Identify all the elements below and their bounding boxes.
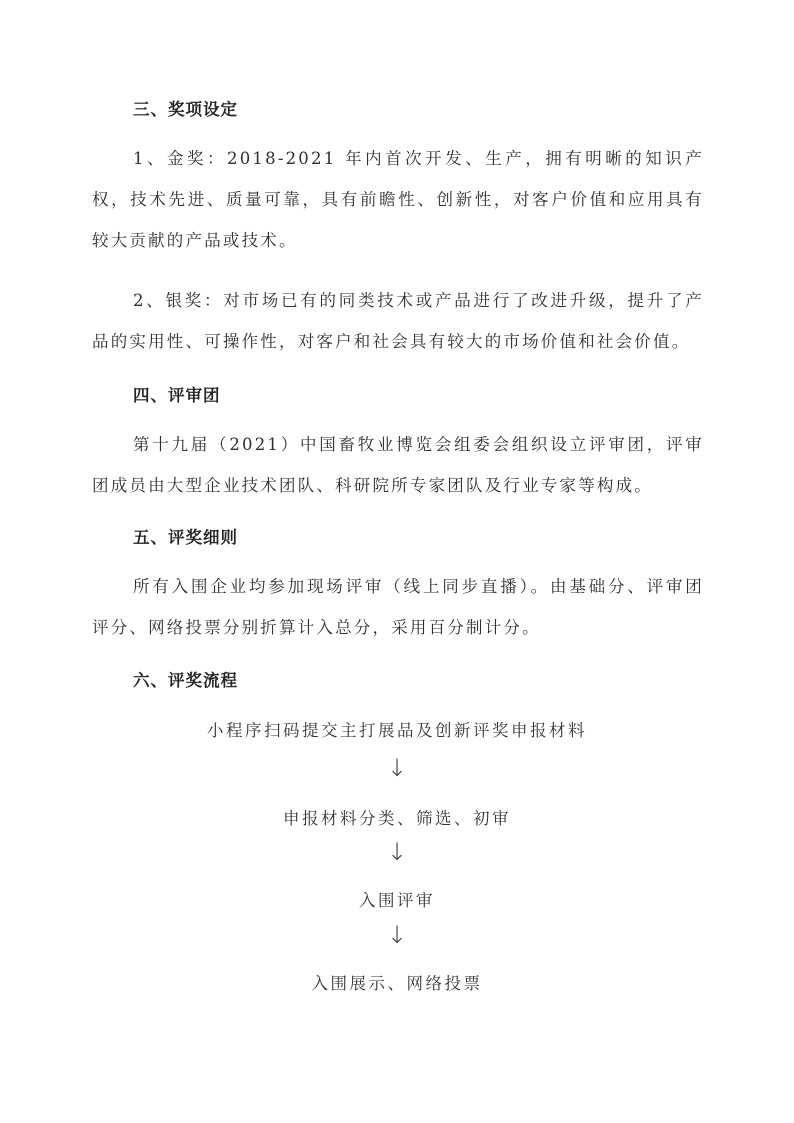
flow-step-submit: 小程序扫码提交主打展品及创新评奖申报材料 — [0, 717, 794, 741]
document-page: 三、奖项设定 1、金奖：2018-2021 年内首次开发、生产，拥有明晰的知识产… — [0, 0, 794, 1123]
gold-award-paragraph: 1、金奖：2018-2021 年内首次开发、生产，拥有明晰的知识产权，技术先进、… — [92, 138, 704, 261]
jury-paragraph: 第十九届（2021）中国畜牧业博览会组委会组织设立评审团，评审团成员由大型企业技… — [92, 424, 704, 506]
flow-step-voting: 入围展示、网络投票 — [0, 970, 794, 994]
down-arrow-icon: ↓ — [0, 923, 794, 947]
silver-award-paragraph: 2、银奖：对市场已有的同类技术或产品进行了改进升级，提升了产品的实用性、可操作性… — [92, 280, 704, 362]
section-heading-rules: 五、评奖细则 — [133, 524, 238, 548]
flow-step-review: 入围评审 — [0, 887, 794, 911]
section-heading-process: 六、评奖流程 — [133, 667, 238, 691]
section-heading-awards: 三、奖项设定 — [133, 96, 238, 120]
rules-paragraph: 所有入围企业均参加现场评审（线上同步直播）。由基础分、评审团评分、网络投票分别折… — [92, 566, 704, 648]
section-heading-jury: 四、评审团 — [133, 382, 221, 406]
down-arrow-icon: ↓ — [0, 756, 794, 780]
down-arrow-icon: ↓ — [0, 840, 794, 864]
flow-step-screening: 申报材料分类、筛选、初审 — [0, 805, 794, 829]
